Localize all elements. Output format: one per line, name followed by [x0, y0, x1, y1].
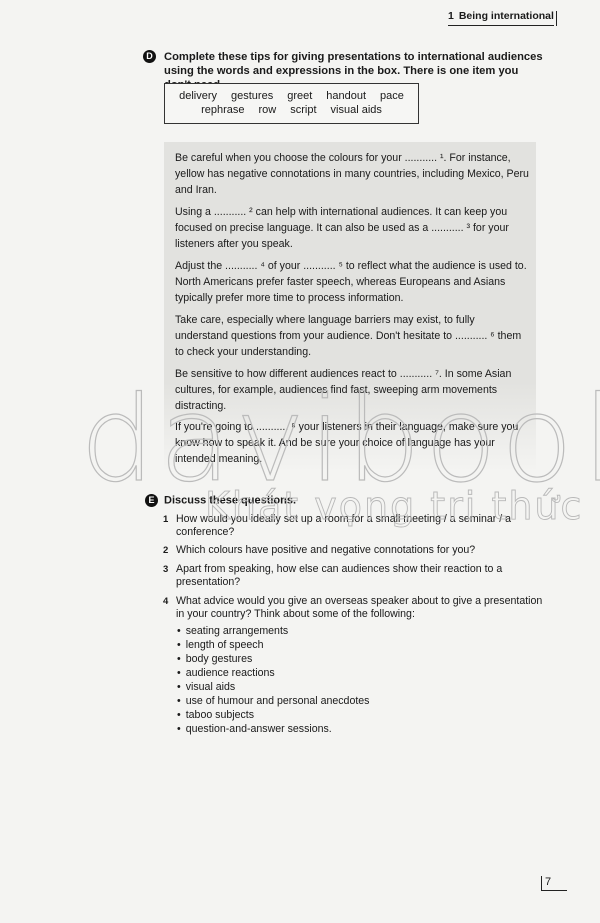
unit-title: Being international	[459, 10, 554, 22]
word-item: visual aids	[331, 103, 382, 117]
question-text: Apart from speaking, how else can audien…	[176, 563, 543, 589]
exercise-d-badge: D	[143, 50, 156, 63]
unit-number: 1	[448, 10, 454, 22]
list-item: audience reactions	[177, 666, 369, 680]
tip-paragraph: If you're going to ........... ⁸ your li…	[175, 419, 530, 467]
word-item: pace	[380, 89, 404, 103]
list-item: taboo subjects	[177, 708, 369, 722]
question-text: Which colours have positive and negative…	[176, 544, 543, 557]
word-box-row-1: delivery gestures greet handout pace	[165, 89, 418, 103]
question-item: 3 Apart from speaking, how else can audi…	[163, 563, 543, 589]
list-item: question-and-answer sessions.	[177, 722, 369, 736]
question-number: 4	[163, 595, 168, 608]
word-box-row-2: rephrase row script visual aids	[165, 103, 418, 117]
list-item: seating arrangements	[177, 624, 369, 638]
list-item: body gestures	[177, 652, 369, 666]
tip-paragraph: Adjust the ........... ⁴ of your .......…	[175, 258, 530, 306]
question-number: 1	[163, 513, 168, 526]
word-item: handout	[326, 89, 366, 103]
page-number: 7	[541, 876, 567, 891]
list-item: use of humour and personal anecdotes	[177, 694, 369, 708]
tip-paragraph: Using a ........... ² can help with inte…	[175, 204, 530, 252]
word-item: rephrase	[201, 103, 244, 117]
list-item: length of speech	[177, 638, 369, 652]
word-item: row	[259, 103, 277, 117]
question-text: What advice would you give an overseas s…	[176, 595, 543, 621]
question-item: 4 What advice would you give an overseas…	[163, 595, 543, 621]
question-item: 1 How would you ideally set up a room fo…	[163, 513, 543, 539]
exercise-e-instruction: Discuss these questions.	[164, 494, 296, 506]
tip-paragraph: Be careful when you choose the colours f…	[175, 150, 530, 198]
question-text: How would you ideally set up a room for …	[176, 513, 543, 539]
running-head: 1Being international	[448, 10, 554, 26]
list-item: visual aids	[177, 680, 369, 694]
word-item: greet	[287, 89, 312, 103]
question-number: 2	[163, 544, 168, 557]
question-item: 2 Which colours have positive and negati…	[163, 544, 543, 557]
word-item: gestures	[231, 89, 273, 103]
textbook-page: 1Being international D Complete these ti…	[0, 0, 600, 923]
word-item: delivery	[179, 89, 217, 103]
tip-paragraph: Take care, especially where language bar…	[175, 312, 530, 360]
exercise-e-badge: E	[145, 494, 158, 507]
advice-topic-list: seating arrangements length of speech bo…	[177, 624, 369, 736]
question-number: 3	[163, 563, 168, 576]
word-item: script	[290, 103, 316, 117]
word-box: delivery gestures greet handout pace rep…	[164, 83, 419, 124]
tip-paragraph: Be sensitive to how different audiences …	[175, 366, 530, 414]
exercise-e-heading: EDiscuss these questions.	[145, 494, 296, 507]
